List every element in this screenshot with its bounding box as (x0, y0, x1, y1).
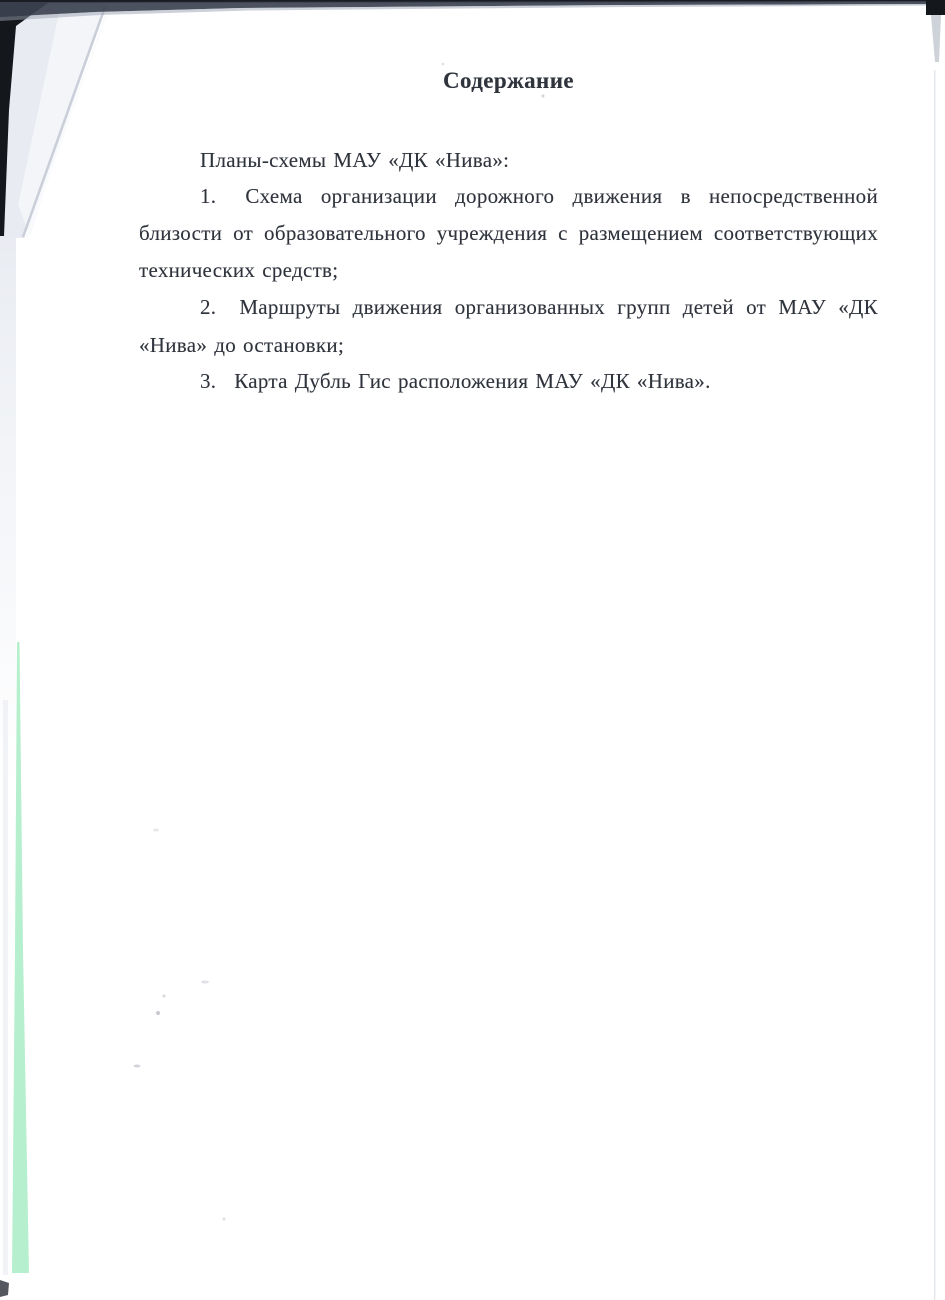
page-title: Содержание (139, 66, 878, 96)
toc-item-2-line-2: «Нива» до остановки; (139, 330, 878, 360)
scanned-document-page: Содержание Планы-схемы МАУ «ДК «Нива»: 1… (0, 0, 945, 1300)
toc-item-1-line-2: близости от образовательного учреждения … (139, 218, 878, 248)
toc-item-1-line-1: 1. Схема организации дорожного движения … (139, 181, 878, 211)
toc-item-1-line-3: технических средств; (139, 255, 878, 285)
document-text: Содержание Планы-схемы МАУ «ДК «Нива»: 1… (0, 0, 945, 1300)
toc-item-3-line-1: 3. Карта Дубль Гис расположения МАУ «ДК … (139, 366, 878, 396)
toc-intro-line: Планы-схемы МАУ «ДК «Нива»: (139, 145, 878, 175)
toc-item-2-line-1: 2. Маршруты движения организованных груп… (139, 292, 878, 322)
